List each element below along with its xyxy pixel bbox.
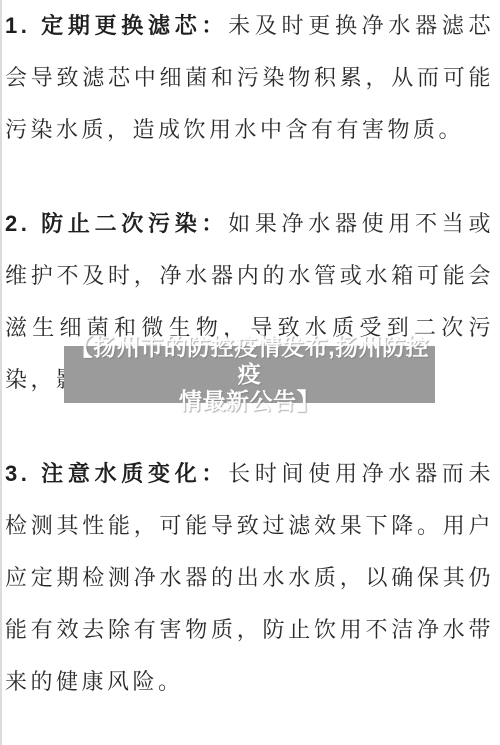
tip-3-body: 长时间使用净水器而未检测其性能，可能导致过滤效果下降。用户应定期检测净水器的出水… bbox=[5, 461, 494, 694]
tip-paragraph-1: 1. 定期更换滤芯：未及时更换净水器滤芯会导致滤芯中细菌和污染物积累，从而可能污… bbox=[5, 0, 494, 156]
watermark-overlay: 【扬州市的防控疫情发布,扬州防控疫 情最新公告】 bbox=[64, 346, 435, 403]
watermark-line-1: 【扬州市的防控疫情发布,扬州防控疫 bbox=[64, 334, 435, 388]
tip-3-heading: 3. 注意水质变化： bbox=[5, 461, 228, 486]
article-page: 1. 定期更换滤芯：未及时更换净水器滤芯会导致滤芯中细菌和污染物积累，从而可能污… bbox=[0, 0, 500, 745]
watermark-line-2: 情最新公告】 bbox=[179, 388, 320, 415]
tip-1-heading: 1. 定期更换滤芯： bbox=[5, 13, 228, 38]
tip-paragraph-3: 3. 注意水质变化：长时间使用净水器而未检测其性能，可能导致过滤效果下降。用户应… bbox=[5, 448, 494, 708]
tip-2-heading: 2. 防止二次污染： bbox=[5, 211, 228, 236]
